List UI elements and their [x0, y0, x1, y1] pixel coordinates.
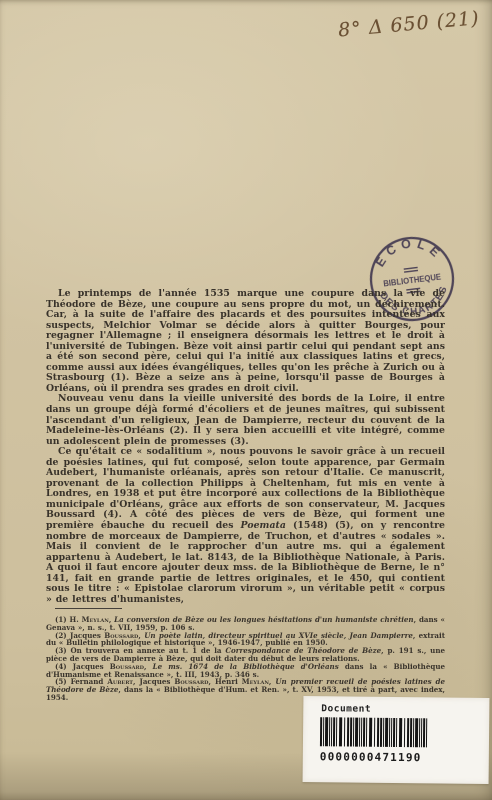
barcode-label-title: Document: [321, 703, 371, 715]
footnote: (2) Jacques Boussard, Un poète latin, di…: [46, 632, 445, 648]
body-paragraph: Ce qu'était ce « sodalitium », nous pouv…: [46, 447, 445, 605]
barcode-icon: [320, 717, 427, 747]
text-segment: Ce qu'était ce « sodalitium », nous pouv…: [46, 446, 445, 531]
footnote: (3) On trouvera en annexe au t. 1 de la …: [46, 647, 445, 663]
handwritten-shelfmark: 8° Δ 650 (21): [337, 7, 488, 42]
barcode-number: 0000000471190: [320, 750, 422, 764]
stamp-center-text: BIBLIOTHEQUE: [383, 272, 442, 288]
footnote: (4) Jacques Boussard, Le ms. 1674 de la …: [46, 663, 445, 679]
footnote: (1) H. Meylan, La conversion de Bèze ou …: [46, 616, 445, 632]
footnotes-block: (1) H. Meylan, La conversion de Bèze ou …: [46, 616, 445, 702]
text-segment: Poemata: [241, 520, 286, 531]
barcode-label: Document 0000000471190: [303, 696, 490, 784]
main-text-block: Le printemps de l'année 1535 marque une …: [46, 289, 445, 605]
text-segment: Nouveau venu dans la vieille université …: [46, 393, 445, 446]
body-paragraph: Nouveau venu dans la vieille université …: [46, 394, 445, 447]
text-segment: Le printemps de l'année 1535 marque une …: [46, 288, 445, 394]
text-segment: (1548) (5), on y rencontre nombre de mor…: [46, 520, 445, 605]
scanned-book-page: 8° Δ 650 (21) ECOLE DES CHARTES BIBLIOTH…: [0, 0, 492, 800]
footnote-separator-rule: [55, 608, 122, 609]
body-paragraph: Le printemps de l'année 1535 marque une …: [46, 289, 445, 394]
